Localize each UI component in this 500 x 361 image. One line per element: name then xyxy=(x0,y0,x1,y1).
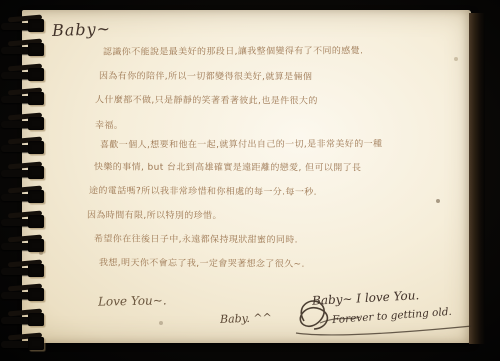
spiral-binding-ring xyxy=(0,40,48,57)
handwriting-line: 因為時間有限,所以特別的珍惜。 xyxy=(87,212,222,221)
closing-baby: Baby. ^^ xyxy=(220,311,272,326)
handwriting-line: 途的電話嗎?所以我非常珍惜和你相處的每一分.每一秒. xyxy=(89,187,317,198)
handwriting-line: 我想,明天你不會忘了我,一定會哭著想念了很久~. xyxy=(99,259,305,269)
paper-specks xyxy=(0,0,2,2)
handwriting-line: 希望你在往後日子中,永遠都保持現狀甜蜜的同時. xyxy=(94,235,298,245)
spiral-binding-ring xyxy=(0,16,48,33)
spiral-binding-ring xyxy=(0,310,48,327)
handwriting-line: 快樂的事情, but 台北到高雄確實是遠距離的戀愛, 但可以開了長 xyxy=(94,164,361,174)
spiral-binding-ring xyxy=(0,285,48,302)
spiral-binding-ring xyxy=(0,163,48,180)
photo-of-handwritten-letter: Baby~ 認識你不能說是最美好的那段日,讓我整個變得有了不同的感覺.因為有你的… xyxy=(0,0,500,361)
spiral-binding-ring xyxy=(0,212,48,229)
handwriting-line: 人什麼都不做,只是靜靜的笑著看著彼此,也是件很大的 xyxy=(95,96,318,106)
spiral-binding-ring xyxy=(0,138,48,155)
salutation-text: Baby~ xyxy=(52,19,112,40)
signature-scribble xyxy=(290,293,476,339)
spiral-binding-ring xyxy=(0,114,48,131)
spiral-binding-ring xyxy=(0,187,48,204)
handwriting-line: 因為有你的陪伴,所以一切都變得很美好,就算是倆個 xyxy=(99,73,312,83)
spiral-binding-ring xyxy=(0,89,48,106)
closing-love-you: Love You~. xyxy=(98,293,167,308)
handwriting-line: 喜歡一個人,想要和他在一起,就算付出自己的一切,是非常美好的一種 xyxy=(100,141,382,151)
handwriting-line: 幸福。 xyxy=(95,122,123,131)
spiral-binding-ring xyxy=(0,236,48,253)
spiral-binding-ring xyxy=(0,261,48,278)
spiral-binding-ring xyxy=(0,334,48,351)
handwriting-line: 認識你不能說是最美好的那段日,讓我整個變得有了不同的感覺. xyxy=(103,47,363,57)
spiral-binding-ring xyxy=(0,65,48,82)
